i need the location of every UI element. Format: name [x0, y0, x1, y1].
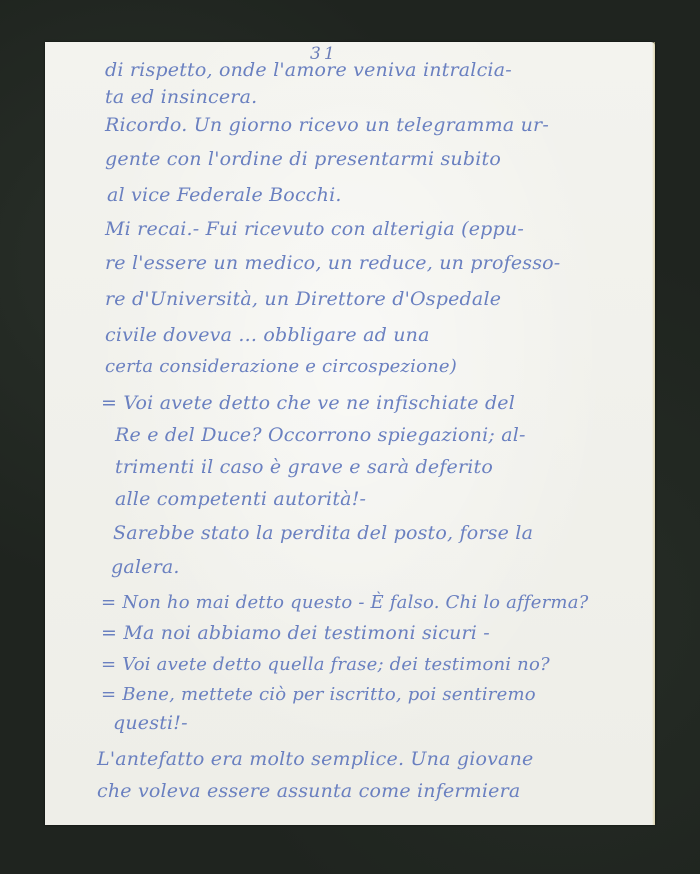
text-line-4: gente con l'ordine di presentarmi subito	[105, 148, 501, 170]
text-line-6: Mi recai.- Fui ricevuto con alterigia (e…	[105, 218, 524, 240]
text-line-17: = Non ho mai detto questo - È falso. Chi…	[101, 592, 588, 613]
text-line-1: di rispetto, onde l'amore veniva intralc…	[105, 59, 512, 81]
text-line-22: L'antefatto era molto semplice. Una giov…	[97, 748, 533, 770]
text-line-8: re d'Università, un Direttore d'Ospedale	[105, 288, 501, 310]
text-line-20: = Bene, mettete ciò per iscritto, poi se…	[101, 684, 536, 705]
text-line-2: ta ed insincera.	[105, 86, 257, 108]
text-line-7: re l'essere un medico, un reduce, un pro…	[105, 252, 560, 274]
text-line-13: trimenti il caso è grave e sarà deferito	[115, 456, 493, 478]
text-line-5: al vice Federale Bocchi.	[107, 184, 342, 206]
text-line-15: Sarebbe stato la perdita del posto, fors…	[113, 522, 533, 544]
text-line-16: galera.	[111, 556, 180, 578]
text-line-9: civile doveva ... obbligare ad una	[105, 324, 430, 346]
manuscript-page: 31 di rispetto, onde l'amore veniva intr…	[45, 42, 655, 825]
text-line-10: certa considerazione e circospezione)	[105, 356, 457, 377]
text-line-12: Re e del Duce? Occorrono spiegazioni; al…	[115, 424, 526, 446]
text-line-18: = Ma noi abbiamo dei testimoni sicuri -	[101, 622, 490, 644]
text-line-23: che voleva essere assunta come infermier…	[97, 780, 520, 802]
text-line-11: = Voi avete detto che ve ne infischiate …	[101, 392, 515, 414]
text-line-21: questi!-	[113, 712, 188, 734]
text-line-3: Ricordo. Un giorno ricevo un telegramma …	[105, 114, 549, 136]
text-line-14: alle competenti autorità!-	[115, 488, 366, 510]
text-line-19: = Voi avete detto quella frase; dei test…	[101, 654, 550, 675]
